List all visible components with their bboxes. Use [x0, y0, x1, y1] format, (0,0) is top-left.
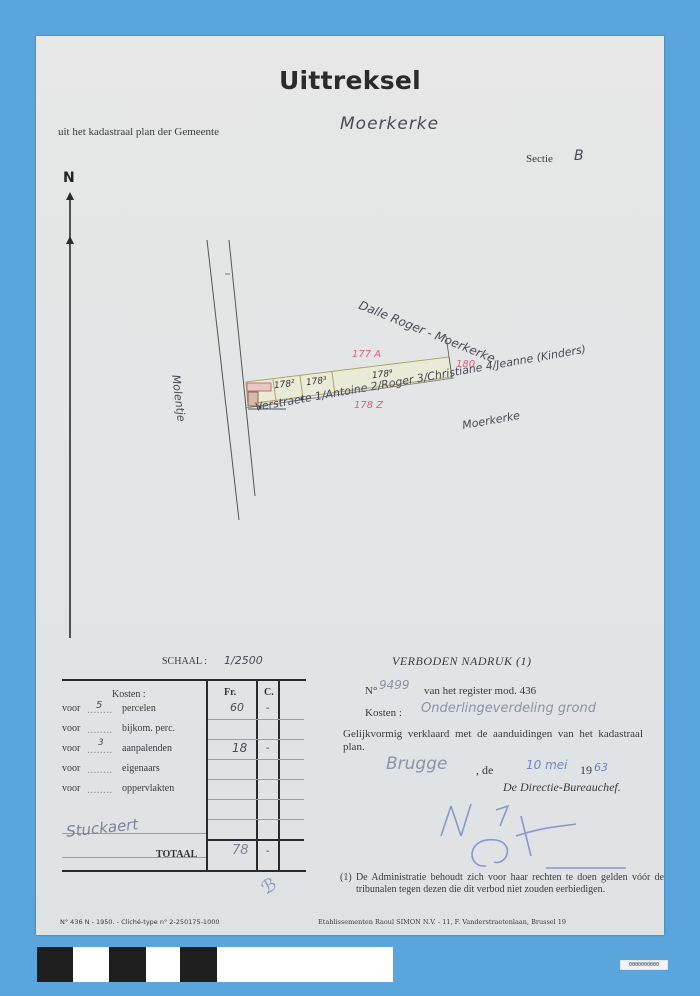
total-label: TOTAAL [156, 849, 197, 860]
register-text: van het register mod. 436 [424, 685, 536, 697]
verboden-nadruk-heading: VERBODEN NADRUK (1) [392, 654, 531, 669]
total-c: - [266, 846, 269, 857]
neighbour-parcel-178z: 178 Z [354, 400, 383, 411]
conform-text: Gelijkvormig verklaard met de aanduiding… [343, 728, 643, 754]
footnote: (1) De Administratie behoudt zich voor h… [340, 872, 664, 896]
year-value: 63 [594, 761, 608, 774]
scale-label: SCHAAL : [162, 656, 207, 667]
neighbour-parcel-177a: 177 A [352, 349, 381, 360]
calibration-swatch-black [37, 947, 73, 982]
year-prefix: 19 [580, 763, 592, 778]
footer-left: N° 436 N - 1950. - Cliché-type n° 2-2501… [60, 918, 219, 926]
header-kosten: Kosten : [112, 689, 146, 700]
cost-row-oppervlakten: voor ........ oppervlakten [62, 783, 306, 803]
date-value: 10 mei [526, 758, 568, 772]
director-signature-icon [426, 796, 636, 876]
scan-label-tag: 0000000000 [620, 960, 668, 970]
calibration-swatch-black [180, 947, 217, 982]
no-value: 9499 [379, 678, 410, 692]
initials-mark: ℬ [258, 874, 281, 899]
total-fr: 78 [232, 843, 249, 858]
cadastral-extract-sheet: Uittreksel uit het kadastraal plan der G… [36, 36, 664, 935]
calibration-swatch-black [109, 947, 146, 982]
footer-right: Etablissementen Raoul SIMON N.V. - 11, F… [318, 918, 566, 926]
cost-row-aanpalenden: voor ........ 3 aanpalenden 18 - [62, 743, 306, 763]
neighbour-parcel-180: 180 [456, 359, 475, 370]
kosten-value: Onderlingeverdeling grond [421, 701, 596, 716]
cost-row-eigenaars: voor ........ eigenaars [62, 763, 306, 783]
no-label: N° [365, 685, 377, 697]
kosten-label: Kosten : [365, 707, 402, 719]
header-c: C. [264, 687, 274, 698]
clerk-signature: Stuckaert [65, 815, 139, 840]
costs-table: Kosten : Fr. C. voor ........ 5 percelen… [62, 679, 306, 872]
cost-row-percelen: voor ........ 5 percelen 60 - [62, 703, 306, 723]
scale-value: 1/2500 [224, 654, 263, 667]
signatory: De Directie-Bureauchef. [503, 780, 621, 795]
date-prefix: , de [476, 763, 493, 778]
header-fr: Fr. [224, 687, 236, 698]
calibration-bar [37, 947, 393, 982]
place-value: Brugge [386, 754, 447, 774]
